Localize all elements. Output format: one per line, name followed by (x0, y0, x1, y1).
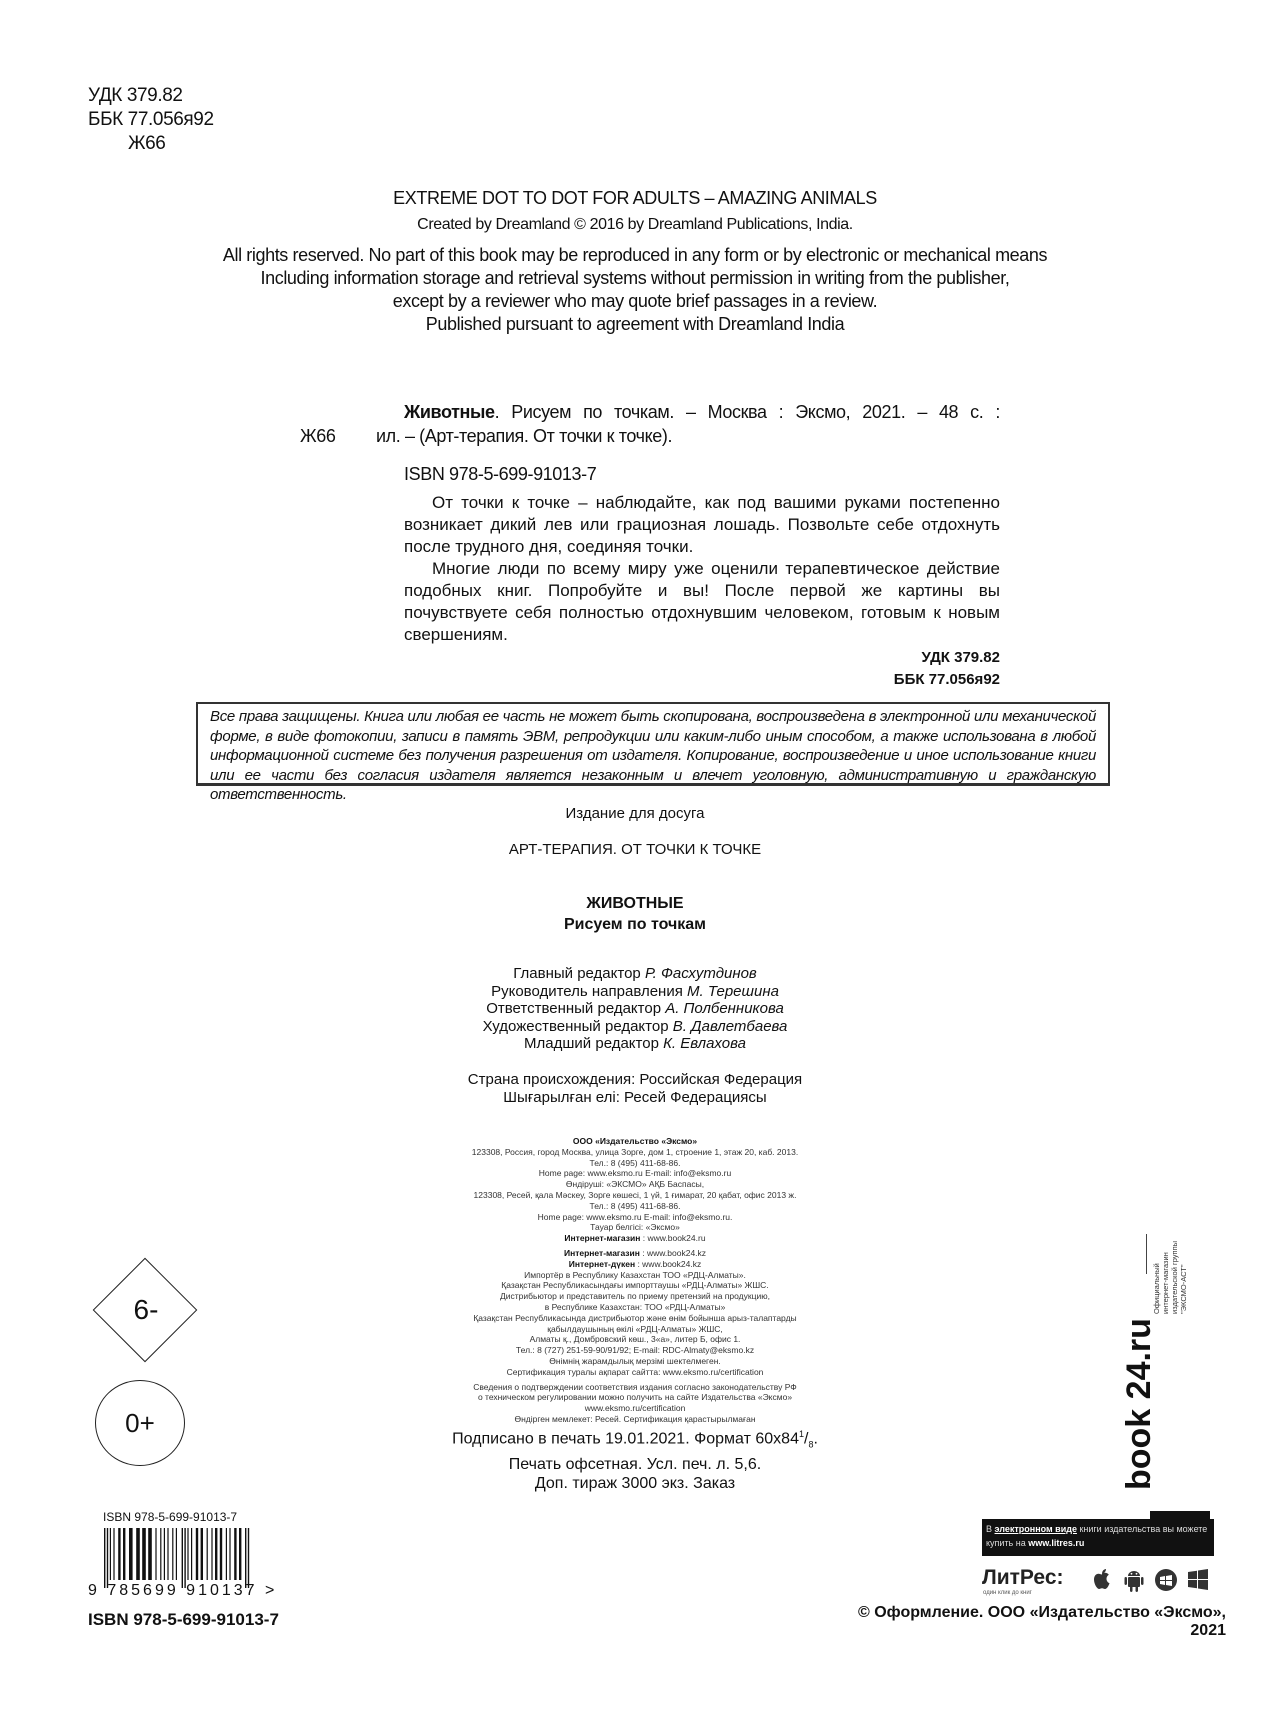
edition-type: Издание для досуга (0, 805, 1270, 822)
book-title-block: ЖИВОТНЫЕ Рисуем по точкам (0, 893, 1270, 935)
annotation-paragraph: Многие люди по всему миру уже оценили те… (404, 558, 1000, 646)
credit-line: Ответственный редактор А. Полбенникова (0, 1000, 1270, 1018)
imprint-line: Тел.: 8 (495) 411-68-86. (0, 1201, 1270, 1212)
publisher-name: ООО «Издательство «Эксмо» (573, 1136, 697, 1146)
bbk-code: ББК 77.056я92 (88, 108, 214, 132)
imprint-line: www.eksmo.ru/certification (0, 1403, 1270, 1414)
bbk-code: ББК 77.056я92 (404, 670, 1000, 690)
bib-line-1: Животные. Рисуем по точкам. – Москва : Э… (404, 400, 1000, 424)
design-copyright: © Оформление. ООО «Издательство «Эксмо»,… (830, 1604, 1226, 1640)
bib-line-2: ил. – (Арт-терапия. От точки к точке). (376, 424, 672, 448)
barcode-icon (102, 1528, 252, 1588)
imprint-line: Өндіруші: «ЭКСМО» АҚБ Баспасы, (0, 1179, 1270, 1190)
credit-line: Главный редактор Р. Фасхутдинов (0, 965, 1270, 983)
original-title: EXTREME DOT TO DOT FOR ADULTS – AMAZING … (0, 188, 1270, 209)
imprint-line: Өнімнің жарамдылық мерзімі шектелмеген. (0, 1356, 1270, 1367)
book-subtitle: Рисуем по точкам (0, 914, 1270, 935)
imprint-block: ООО «Издательство «Эксмо» 123308, Россия… (0, 1136, 1270, 1425)
imprint-line: Home page: www.eksmo.ru E-mail: info@eks… (0, 1168, 1270, 1179)
udc-code: УДК 379.82 (88, 84, 214, 108)
imprint-line: 123308, Россия, город Москва, улица Зорг… (0, 1147, 1270, 1158)
annotation: От точки к точке – наблюдайте, как под в… (404, 492, 1000, 690)
imprint-line: Сертификация туралы ақпарат сайтта: www.… (0, 1367, 1270, 1378)
classification-block: УДК 379.82 ББК 77.056я92 Ж66 (88, 84, 214, 156)
isbn: ISBN 978-5-699-91013-7 (88, 1610, 279, 1630)
ebook-link[interactable]: электронном виде (995, 1524, 1077, 1534)
imprint-line: Home page: www.eksmo.ru E-mail: info@eks… (0, 1212, 1270, 1223)
original-rights-text: All rights reserved. No part of this boo… (0, 244, 1270, 336)
shop-link-kz[interactable]: : www.book24.kz (640, 1248, 706, 1258)
windows-phone-icon (1154, 1567, 1178, 1593)
shop-link-ru[interactable]: : www.book24.ru (640, 1233, 705, 1243)
credit-line: Руководитель направления М. Терешина (0, 983, 1270, 1001)
credit-line: Младший редактор К. Евлахова (0, 1035, 1270, 1053)
udc-code: УДК 379.82 (404, 648, 1000, 668)
android-icon (1122, 1567, 1146, 1593)
age-rating-diamond-label: 6- (96, 1285, 196, 1335)
barcode-isbn: ISBN 978-5-699-91013-7 (103, 1510, 237, 1524)
imprint-line: Сведения о подтверждении соответствия из… (0, 1382, 1270, 1393)
credits-list: Главный редактор Р. ФасхутдиновРуководит… (0, 965, 1270, 1053)
divider (1150, 1511, 1210, 1519)
litres-banner[interactable]: В электронном виде книги издательства вы… (982, 1519, 1214, 1556)
credit-line: Художественный редактор В. Давлетбаева (0, 1018, 1270, 1036)
imprint-line: Импортёр в Республику Казахстан ТОО «РДЦ… (0, 1270, 1270, 1281)
bib-isbn: ISBN 978-5-699-91013-7 (404, 462, 596, 486)
barcode-digits: 9 785699 910137 > (88, 1582, 277, 1600)
apple-icon (1090, 1567, 1114, 1593)
shop-link-kz-2[interactable]: : www.book24.kz (635, 1259, 701, 1269)
legal-notice-box: Все права защищены. Книга или любая ее ч… (196, 702, 1110, 786)
author-mark: Ж66 (300, 424, 335, 448)
imprint-line: о техническом регулировании можно получи… (0, 1392, 1270, 1403)
country-of-origin: Страна происхождения: Российская Федерац… (0, 1071, 1270, 1107)
original-credit: Created by Dreamland © 2016 by Dreamland… (0, 216, 1270, 234)
annotation-paragraph: От точки к точке – наблюдайте, как под в… (404, 492, 1000, 558)
litres-url[interactable]: www.litres.ru (1028, 1538, 1084, 1548)
divider (1146, 1234, 1148, 1274)
litres-tagline: один клик до книг (983, 1590, 1032, 1596)
series-name: АРТ-ТЕРАПИЯ. ОТ ТОЧКИ К ТОЧКЕ (0, 841, 1270, 858)
imprint-line: Алматы қ., Домбровский көш., 3«а», литер… (0, 1334, 1270, 1345)
book24-logo[interactable]: book 24.ru (1120, 1300, 1164, 1490)
windows-icon (1186, 1567, 1210, 1593)
author-mark: Ж66 (88, 132, 214, 156)
book-title: ЖИВОТНЫЕ (0, 893, 1270, 914)
print-info: Подписано в печать 19.01.2021. Формат 60… (0, 1425, 1270, 1493)
imprint-line: Тел.: 8 (495) 411-68-86. (0, 1158, 1270, 1169)
age-rating-circle: 0+ (95, 1380, 185, 1466)
imprint-line: Өндірген мемлекет: Ресей. Сертификация қ… (0, 1414, 1270, 1425)
imprint-line: Тел.: 8 (727) 251-59-90/91/92; E-mail: R… (0, 1345, 1270, 1356)
platform-icons (1090, 1567, 1210, 1593)
imprint-line: 123308, Ресей, қала Мәскеу, Зорге көшесі… (0, 1190, 1270, 1201)
litres-logo[interactable]: ЛитРес: (982, 1566, 1064, 1590)
imprint-line: Тауар белгісі: «Эксмо» (0, 1222, 1270, 1233)
